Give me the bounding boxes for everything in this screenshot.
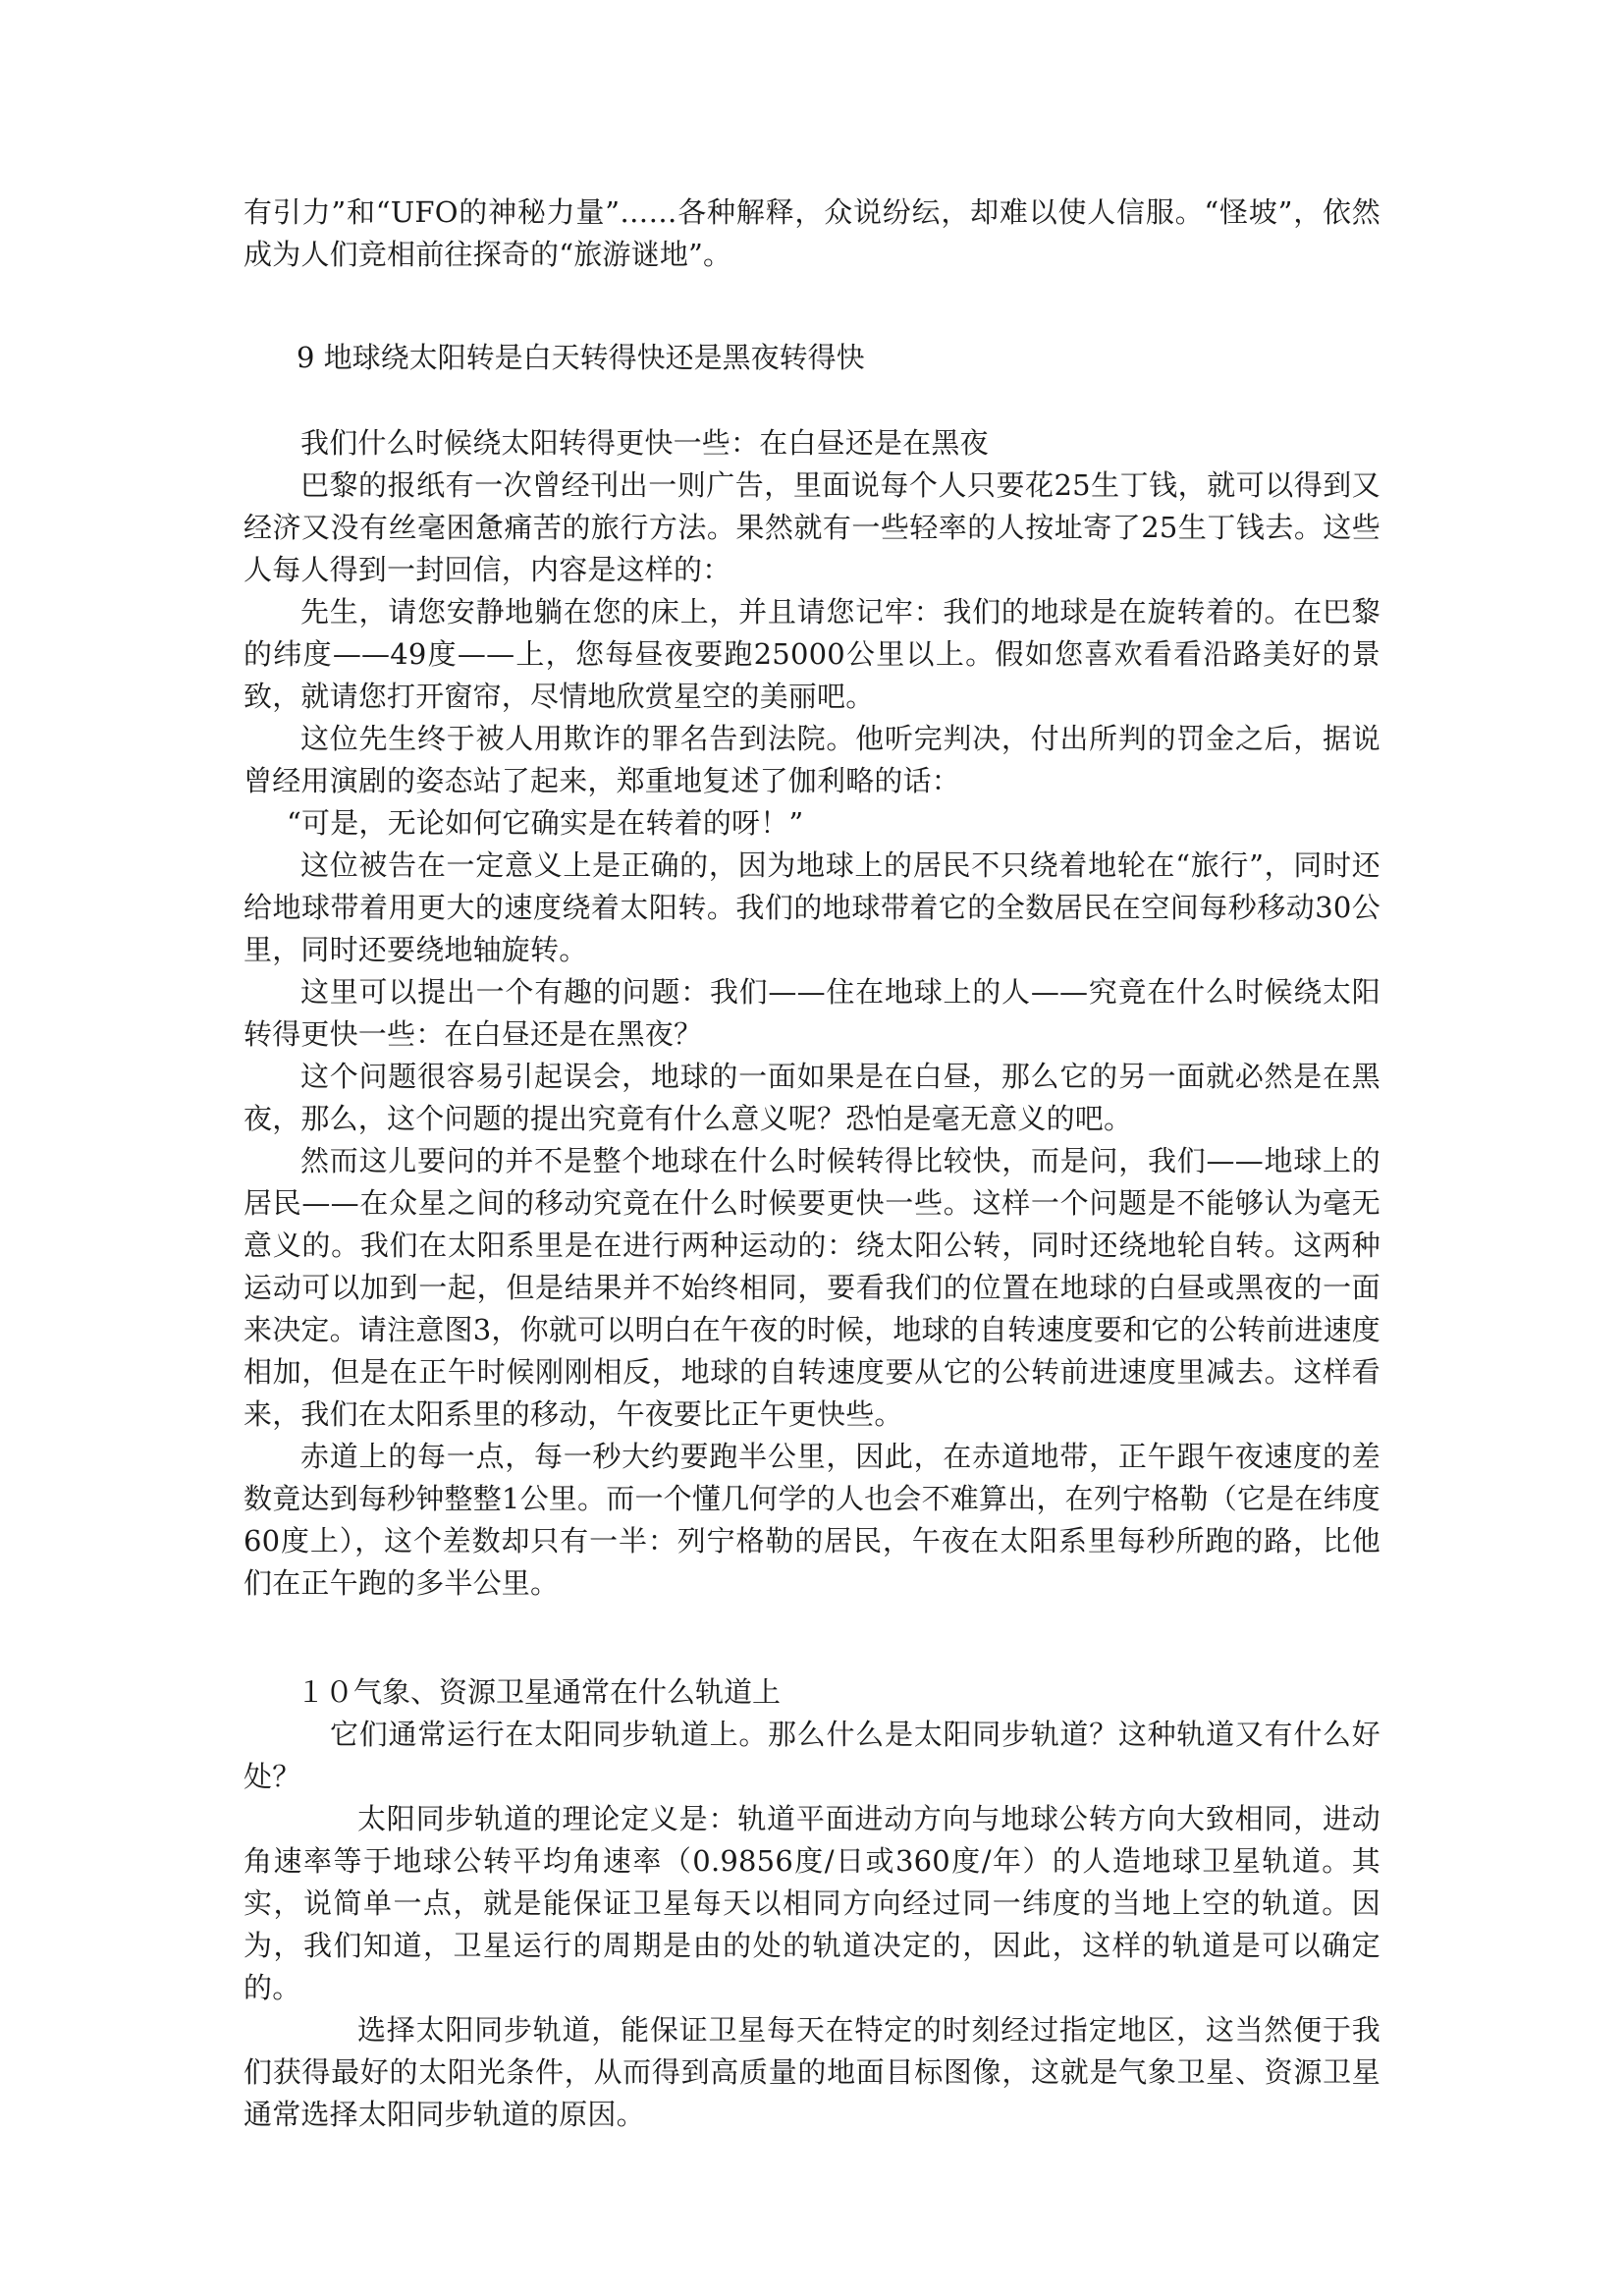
section-9-paragraph: 巴黎的报纸有一次曾经刊出一则广告，里面说每个人只要花25生丁钱，就可以得到又经济… (243, 465, 1380, 591)
continuation-paragraph: 有引力”和“UFO的神秘力量”……各种解释，众说纷纭，却难以使人信服。“怪坡”，… (243, 191, 1380, 276)
section-9-paragraph: 赤道上的每一点，每一秒大约要跑半公里，因此，在赤道地带，正午跟午夜速度的差数竟达… (243, 1436, 1380, 1605)
section-9-paragraph: 这位先生终于被人用欺诈的罪名告到法院。他听完判决，付出所判的罚金之后，据说曾经用… (243, 718, 1380, 802)
section-10-intro: 它们通常运行在太阳同步轨道上。那么什么是太阳同步轨道？这种轨道又有什么好处？ (243, 1714, 1380, 1798)
section-9-quote: “可是，无论如何它确实是在转着的呀！” (243, 802, 1380, 845)
section-9-subtitle: 我们什么时候绕太阳转得更快一些：在白昼还是在黑夜 (243, 422, 1380, 465)
section-9-paragraph: 这位被告在一定意义上是正确的，因为地球上的居民不只绕着地轮在“旅行”，同时还给地… (243, 845, 1380, 971)
spacer (243, 276, 1380, 337)
spacer (243, 379, 1380, 422)
section-10-paragraph: 选择太阳同步轨道，能保证卫星每天在特定的时刻经过指定地区，这当然便于我们获得最好… (243, 2009, 1380, 2136)
document-page: 有引力”和“UFO的神秘力量”……各种解释，众说纷纭，却难以使人信服。“怪坡”，… (243, 191, 1380, 2136)
section-10-title: １０气象、资源卫星通常在什么轨道上 (243, 1671, 1380, 1714)
section-10-paragraph: 太阳同步轨道的理论定义是：轨道平面进动方向与地球公转方向大致相同，进动角速率等于… (243, 1798, 1380, 2009)
section-9-paragraph: 这里可以提出一个有趣的问题：我们——住在地球上的人——究竟在什么时候绕太阳转得更… (243, 971, 1380, 1056)
section-9-title: 9 地球绕太阳转是白天转得快还是黑夜转得快 (243, 337, 1380, 379)
section-9-paragraph: 这个问题很容易引起误会，地球的一面如果是在白昼，那么它的另一面就必然是在黑夜，那… (243, 1056, 1380, 1140)
spacer (243, 1605, 1380, 1671)
section-9-paragraph: 然而这儿要问的并不是整个地球在什么时候转得比较快，而是问，我们——地球上的居民—… (243, 1140, 1380, 1436)
section-9-paragraph: 先生，请您安静地躺在您的床上，并且请您记牢：我们的地球是在旋转着的。在巴黎的纬度… (243, 591, 1380, 718)
